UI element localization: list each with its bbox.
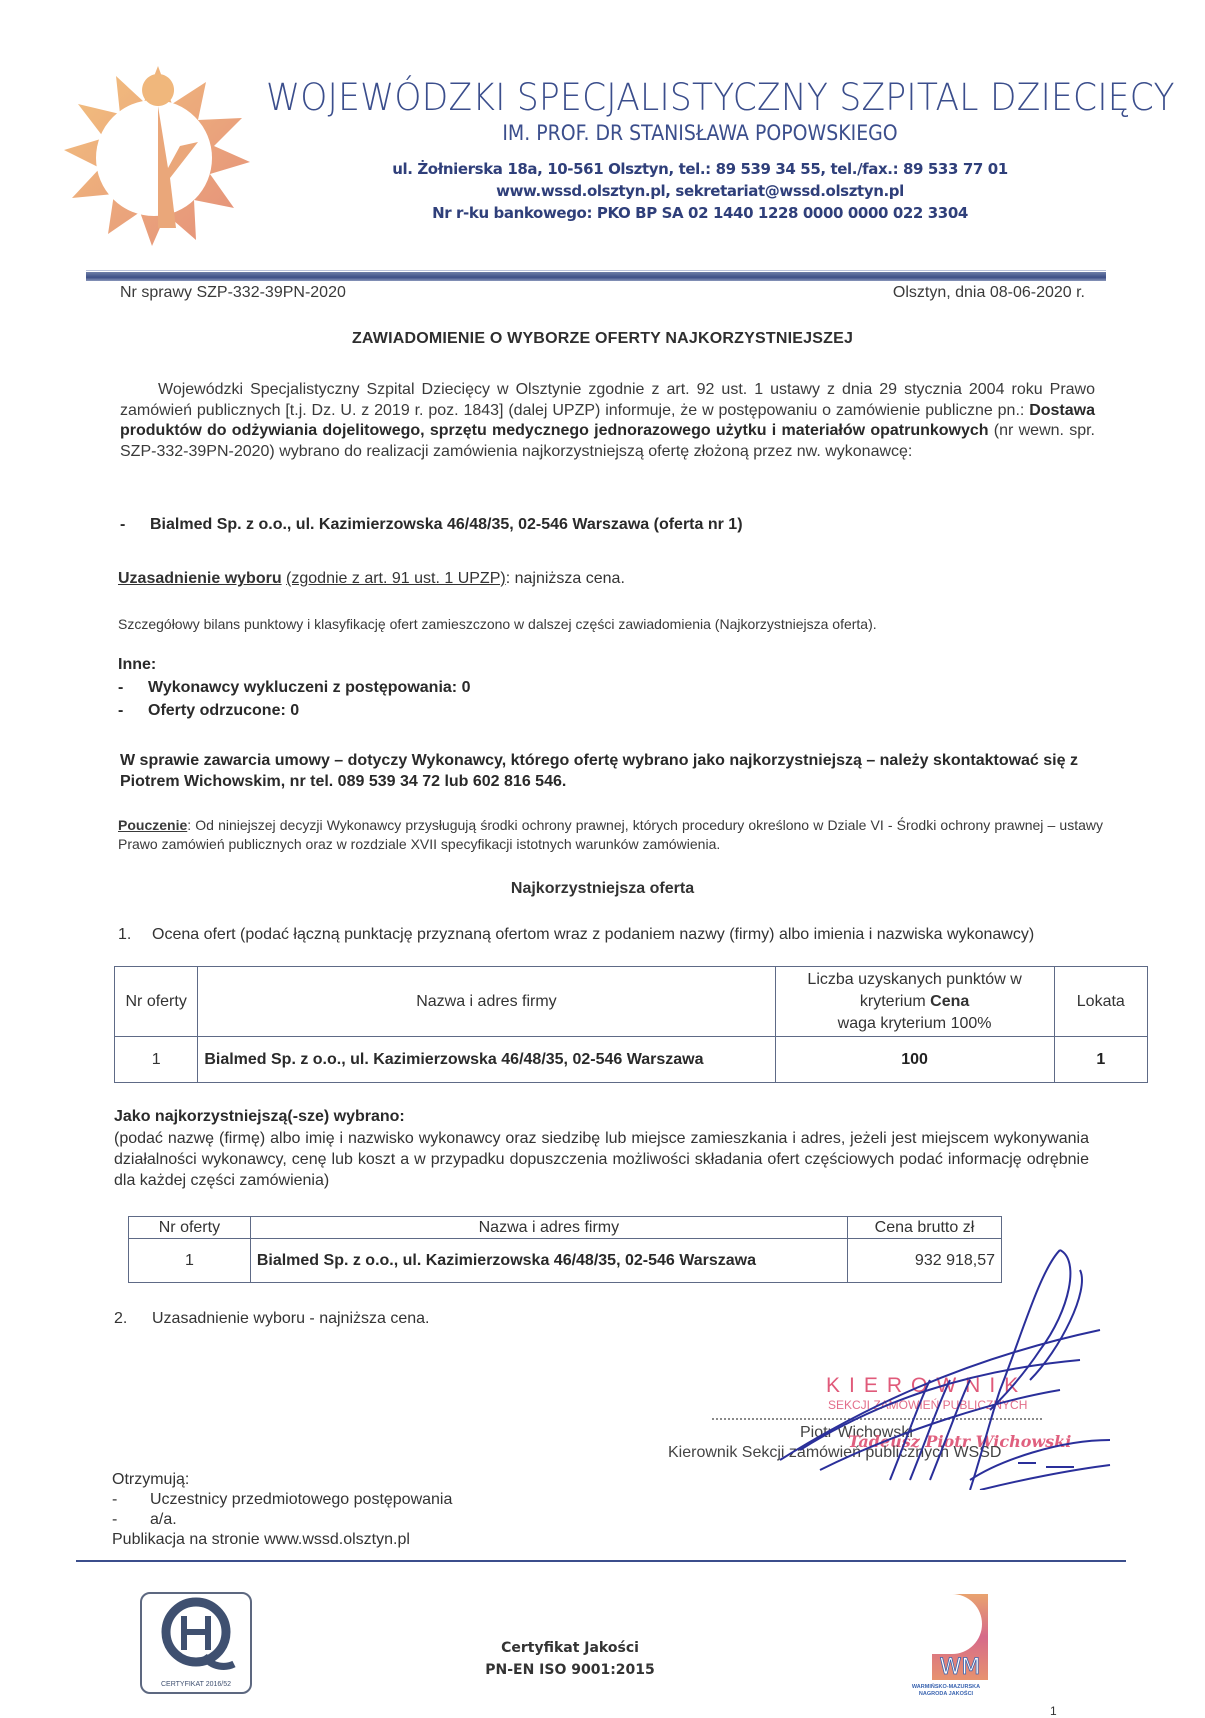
table-row: 1 Bialmed Sp. z o.o., ul. Kazimierzowska…: [115, 1037, 1148, 1083]
instruction-label: Pouczenie: [118, 817, 187, 833]
evaluation-number: 1.: [118, 925, 152, 944]
header-points: Liczba uzyskanych punktów w kryterium Ce…: [775, 967, 1054, 1037]
chosen-note: (podać nazwę (firmę) albo imię i nazwisk…: [114, 1128, 1089, 1191]
institution-web-email: www.wssd.olsztyn.pl, sekretariat@wssd.ol…: [270, 182, 1130, 200]
header-points-criterion: Cena: [930, 993, 969, 1010]
intro-part1: Wojewódzki Specjalistyczny Szpital Dziec…: [120, 381, 1095, 419]
signature-mark: [1046, 1466, 1074, 1468]
excluded-count: Wykonawcy wykluczeni z postępowania: 0: [148, 679, 470, 696]
header-points-line2: kryterium: [860, 993, 930, 1010]
case-number: Nr sprawy SZP-332-39PN-2020: [120, 284, 346, 302]
cell-points: 100: [775, 1037, 1054, 1083]
cert-standard: PN-EN ISO 9001:2015: [380, 1662, 760, 1678]
cell-name: Bialmed Sp. z o.o., ul. Kazimierzowska 4…: [198, 1037, 775, 1083]
header-divider: [86, 272, 1106, 281]
evaluation-text: Ocena ofert (podać łączną punktację przy…: [152, 926, 1034, 943]
header-nr: Nr oferty: [129, 1217, 251, 1239]
document-title: ZAWIADOMIENIE O WYBORZE OFERTY NAJKORZYS…: [0, 330, 1205, 348]
justification-label: Uzasadnienie wyboru: [118, 570, 282, 587]
institution-bank-account: Nr r-ku bankowego: PKO BP SA 02 1440 122…: [270, 204, 1130, 222]
award-caption-line2: NAGRODA JAKOŚCI: [898, 1691, 994, 1698]
winner-bullet: -Bialmed Sp. z o.o., ul. Kazimierzowska …: [120, 516, 743, 534]
header-name: Nazwa i adres firmy: [198, 967, 775, 1037]
winner-text: Bialmed Sp. z o.o., ul. Kazimierzowska 4…: [150, 516, 743, 533]
point-2-text: Uzasadnienie wyboru - najniższa cena.: [152, 1310, 429, 1327]
cell-nr: 1: [129, 1239, 251, 1283]
signature-mark: [1018, 1462, 1036, 1464]
recipient-text: a/a.: [150, 1511, 177, 1528]
svg-text:WM: WM: [940, 1655, 981, 1680]
instruction-text: : Od niniejszej decyzji Wykonawcy przysł…: [118, 817, 1103, 852]
rejected-count: Oferty odrzucone: 0: [148, 702, 299, 719]
justification-basis: (zgodnie z art. 91 ust. 1 UPZP): [286, 570, 506, 587]
q-certificate-icon: [142, 1594, 250, 1674]
header-divider-top: [86, 270, 1106, 271]
detail-note: Szczegółowy bilans punktowy i klasyfikac…: [118, 615, 877, 634]
table-header-row: Nr oferty Nazwa i adres firmy Liczba uzy…: [115, 967, 1148, 1037]
instruction-paragraph: Pouczenie: Od niniejszej decyzji Wykonaw…: [118, 816, 1103, 854]
chosen-heading: Jako najkorzystniejszą(-sze) wybrano:: [114, 1108, 405, 1126]
other-item: -Oferty odrzucone: 0: [118, 702, 299, 720]
bullet-dash: -: [120, 516, 150, 534]
publication-note: Publikacja na stronie www.wssd.olsztyn.p…: [112, 1530, 452, 1550]
intro-paragraph: Wojewódzki Specjalistyczny Szpital Dziec…: [120, 380, 1095, 462]
header-points-line1: Liczba uzyskanych punktów w: [807, 971, 1021, 988]
header-rank: Lokata: [1054, 967, 1147, 1037]
evaluation-intro: 1.Ocena ofert (podać łączną punktację pr…: [118, 925, 1093, 944]
header-nr: Nr oferty: [115, 967, 198, 1037]
justification-text: : najniższa cena.: [506, 570, 625, 587]
cell-rank: 1: [1054, 1037, 1147, 1083]
institution-patron: IM. PROF. DR STANISŁAWA POPOWSKIEGO: [313, 121, 1087, 145]
quality-certificate-badge: CERTYFIKAT 2016/52: [140, 1592, 252, 1694]
institution-address: ul. Żołnierska 18a, 10-561 Olsztyn, tel.…: [270, 160, 1130, 178]
section-title: Najkorzystniejsza oferta: [0, 880, 1205, 898]
hospital-logo-icon: [58, 58, 258, 248]
bullet-dash: -: [118, 702, 148, 720]
handwritten-signature-icon: [640, 1230, 1120, 1490]
recipient-item: -a/a.: [112, 1510, 452, 1530]
quality-award-logo-icon: WM: [902, 1594, 988, 1680]
contact-paragraph: W sprawie zawarcia umowy – dotyczy Wykon…: [120, 750, 1105, 792]
point-2-number: 2.: [114, 1310, 152, 1328]
other-item: -Wykonawcy wykluczeni z postępowania: 0: [118, 679, 470, 697]
recipients-block: Otrzymują: -Uczestnicy przedmiotowego po…: [112, 1470, 452, 1550]
footer-divider: [76, 1560, 1126, 1562]
recipient-text: Uczestnicy przedmiotowego postępowania: [150, 1491, 452, 1508]
cell-nr: 1: [115, 1037, 198, 1083]
cert-title: Certyfikat Jakości: [380, 1640, 760, 1656]
recipient-item: -Uczestnicy przedmiotowego postępowania: [112, 1490, 452, 1510]
point-2: 2.Uzasadnienie wyboru - najniższa cena.: [114, 1310, 429, 1328]
institution-name: WOJEWÓDZKI SPECJALISTYCZNY SZPITAL DZIEC…: [266, 76, 1066, 119]
header-points-weight: waga kryterium 100%: [838, 1015, 992, 1032]
evaluation-table: Nr oferty Nazwa i adres firmy Liczba uzy…: [114, 966, 1148, 1083]
recipients-heading: Otrzymują:: [112, 1470, 452, 1490]
other-heading: Inne:: [118, 656, 156, 674]
place-date: Olsztyn, dnia 08-06-2020 r.: [893, 284, 1085, 302]
bullet-dash: -: [118, 679, 148, 697]
award-caption-line1: WARMIŃSKO-MAZURSKA: [898, 1684, 994, 1691]
justification-line: Uzasadnienie wyboru (zgodnie z art. 91 u…: [118, 570, 625, 588]
award-caption: WARMIŃSKO-MAZURSKA NAGRODA JAKOŚCI: [898, 1684, 994, 1698]
page-number: 1: [1050, 1704, 1057, 1718]
cert-badge-label: CERTYFIKAT 2016/52: [142, 1681, 250, 1688]
